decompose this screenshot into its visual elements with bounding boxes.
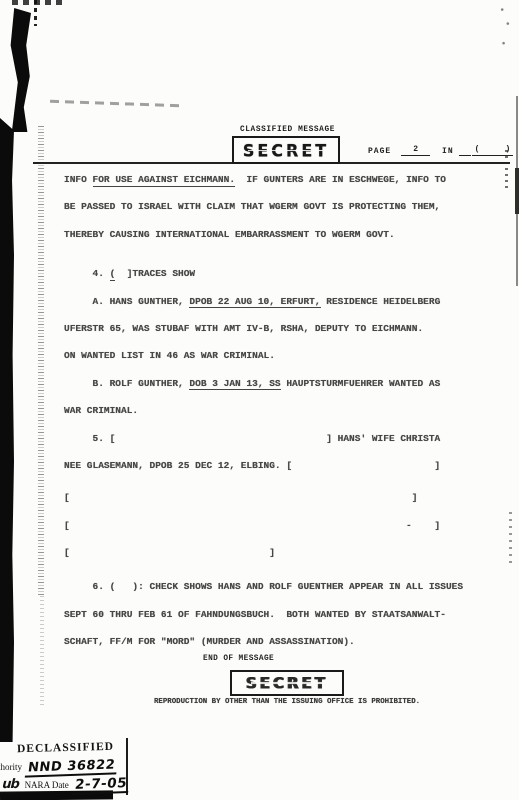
message-line: SCHAFT, FF/M FOR "MORD" (MURDER AND ASSA… bbox=[64, 628, 516, 655]
message-line: SEPT 60 THRU FEB 61 OF FAHNDUNGSBUCH. BO… bbox=[64, 601, 516, 628]
signature-initials: ub bbox=[0, 777, 21, 794]
in-label: IN bbox=[442, 147, 454, 156]
scan-artifact-noise-stripe bbox=[38, 126, 44, 596]
message-line: B. ROLF GUNTHER, DOB 3 JAN 13, SS HAUPTS… bbox=[64, 370, 516, 397]
reproduction-notice: REPRODUCTION BY OTHER THAN THE ISSUING O… bbox=[154, 698, 420, 706]
message-line: 5. [ ] HANS' WIFE CHRISTA bbox=[64, 425, 516, 452]
secret-stamp-text-bottom: SECRET bbox=[246, 673, 328, 692]
page-total-blank: ( ) bbox=[472, 145, 514, 156]
message-line: [ - ] bbox=[64, 512, 516, 539]
message-line: 4. ( ]TRACES SHOW bbox=[64, 260, 516, 287]
message-line: ON WANTED LIST IN 46 AS WAR CRIMINAL. bbox=[64, 342, 516, 369]
page-indicator: PAGE 2 IN ( ) bbox=[368, 145, 513, 156]
paren-gap bbox=[479, 145, 505, 154]
message-line: UFERSTR 65, WAS STUBAF WITH AMT IV-B, RS… bbox=[64, 315, 516, 342]
message-line: [ ] bbox=[64, 539, 516, 566]
page-number: 2 bbox=[401, 145, 430, 156]
authority-row: Authority NND 36822 bbox=[0, 757, 117, 776]
classified-message-label: CLASSIFIED MESSAGE bbox=[240, 126, 335, 134]
message-line: WAR CRIMINAL. bbox=[64, 397, 516, 424]
end-of-message-label: END OF MESSAGE bbox=[203, 655, 274, 663]
scan-artifact-left-blob bbox=[7, 8, 31, 132]
declassified-title: DECLASSIFIED bbox=[17, 741, 114, 756]
scanned-document-page: CLASSIFIED MESSAGE SECRET PAGE 2 IN ( ) … bbox=[0, 0, 519, 800]
declassification-stamp: DECLASSIFIED Authority NND 36822 ub NARA… bbox=[0, 736, 140, 796]
scan-artifact-top-right-specks bbox=[498, 4, 512, 60]
scan-artifact-top-smudge bbox=[12, 0, 64, 5]
authority-label: Authority bbox=[0, 762, 22, 772]
paren-close: ) bbox=[505, 145, 510, 154]
secret-stamp-text: SECRET bbox=[243, 140, 329, 161]
message-line: INFO FOR USE AGAINST EICHMANN. IF GUNTER… bbox=[64, 166, 516, 193]
nara-date-row: ub NARA Date 2-7-05 bbox=[2, 775, 129, 794]
secret-stamp-box-bottom: SECRET bbox=[230, 670, 344, 696]
nara-date-handwritten: 2-7-05 bbox=[72, 775, 130, 795]
message-body: INFO FOR USE AGAINST EICHMANN. IF GUNTER… bbox=[64, 166, 516, 656]
scan-artifact-left-band bbox=[0, 118, 14, 742]
nara-date-label: NARA Date bbox=[25, 780, 69, 790]
scan-artifact-fold-streak bbox=[50, 100, 180, 108]
message-line: NEE GLASEMANN, DPOB 25 DEC 12, ELBING. [… bbox=[64, 452, 516, 479]
scan-artifact-noise-stripe2 bbox=[40, 596, 44, 706]
message-line: [ ] bbox=[64, 484, 516, 511]
message-line: A. HANS GUNTHER, DPOB 22 AUG 10, ERFURT,… bbox=[64, 288, 516, 315]
page-label: PAGE bbox=[368, 147, 391, 156]
message-line: 6. ( ): CHECK SHOWS HANS AND ROLF GUENTH… bbox=[64, 573, 516, 600]
in-underscore bbox=[459, 155, 471, 156]
message-line: THEREBY CAUSING INTERNATIONAL EMBARRASSM… bbox=[64, 221, 516, 248]
secret-stamp-box-top: SECRET bbox=[232, 136, 340, 164]
message-line: BE PASSED TO ISRAEL WITH CLAIM THAT WGER… bbox=[64, 193, 516, 220]
